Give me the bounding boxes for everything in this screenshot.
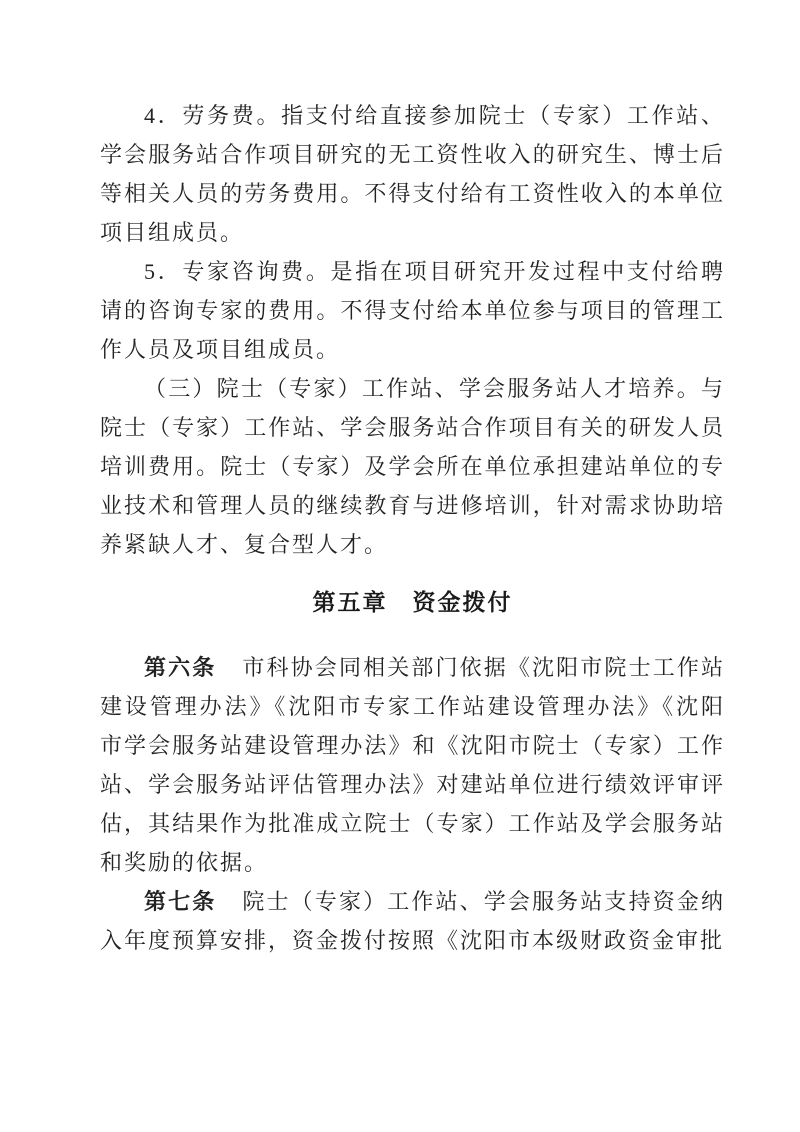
paragraph-article-7: 第七条院士（专家）工作站、学会服务站支持资金纳入年度预算安排，资金拨付按照《沈阳… [100, 882, 725, 960]
document-page: 4．劳务费。指支付给直接参加院士（专家）工作站、学会服务站合作项目研究的无工资性… [0, 0, 800, 1132]
paragraph-expert-consult-fee: 5．专家咨询费。是指在项目研究开发过程中支付给聘请的咨询专家的费用。不得支付给本… [100, 252, 725, 369]
paragraph-labor-fee: 4．劳务费。指支付给直接参加院士（专家）工作站、学会服务站合作项目研究的无工资性… [100, 96, 725, 252]
article-6-text: 市科协会同相关部门依据《沈阳市院士工作站建设管理办法》《沈阳市专家工作站建设管理… [100, 655, 725, 875]
paragraph-article-6: 第六条市科协会同相关部门依据《沈阳市院士工作站建设管理办法》《沈阳市专家工作站建… [100, 648, 725, 882]
paragraph-talent-training: （三）院士（专家）工作站、学会服务站人才培养。与院士（专家）工作站、学会服务站合… [100, 369, 725, 564]
article-6-label: 第六条 [144, 655, 216, 680]
chapter-heading: 第五章 资金拨付 [100, 583, 725, 622]
article-7-label: 第七条 [144, 889, 216, 914]
